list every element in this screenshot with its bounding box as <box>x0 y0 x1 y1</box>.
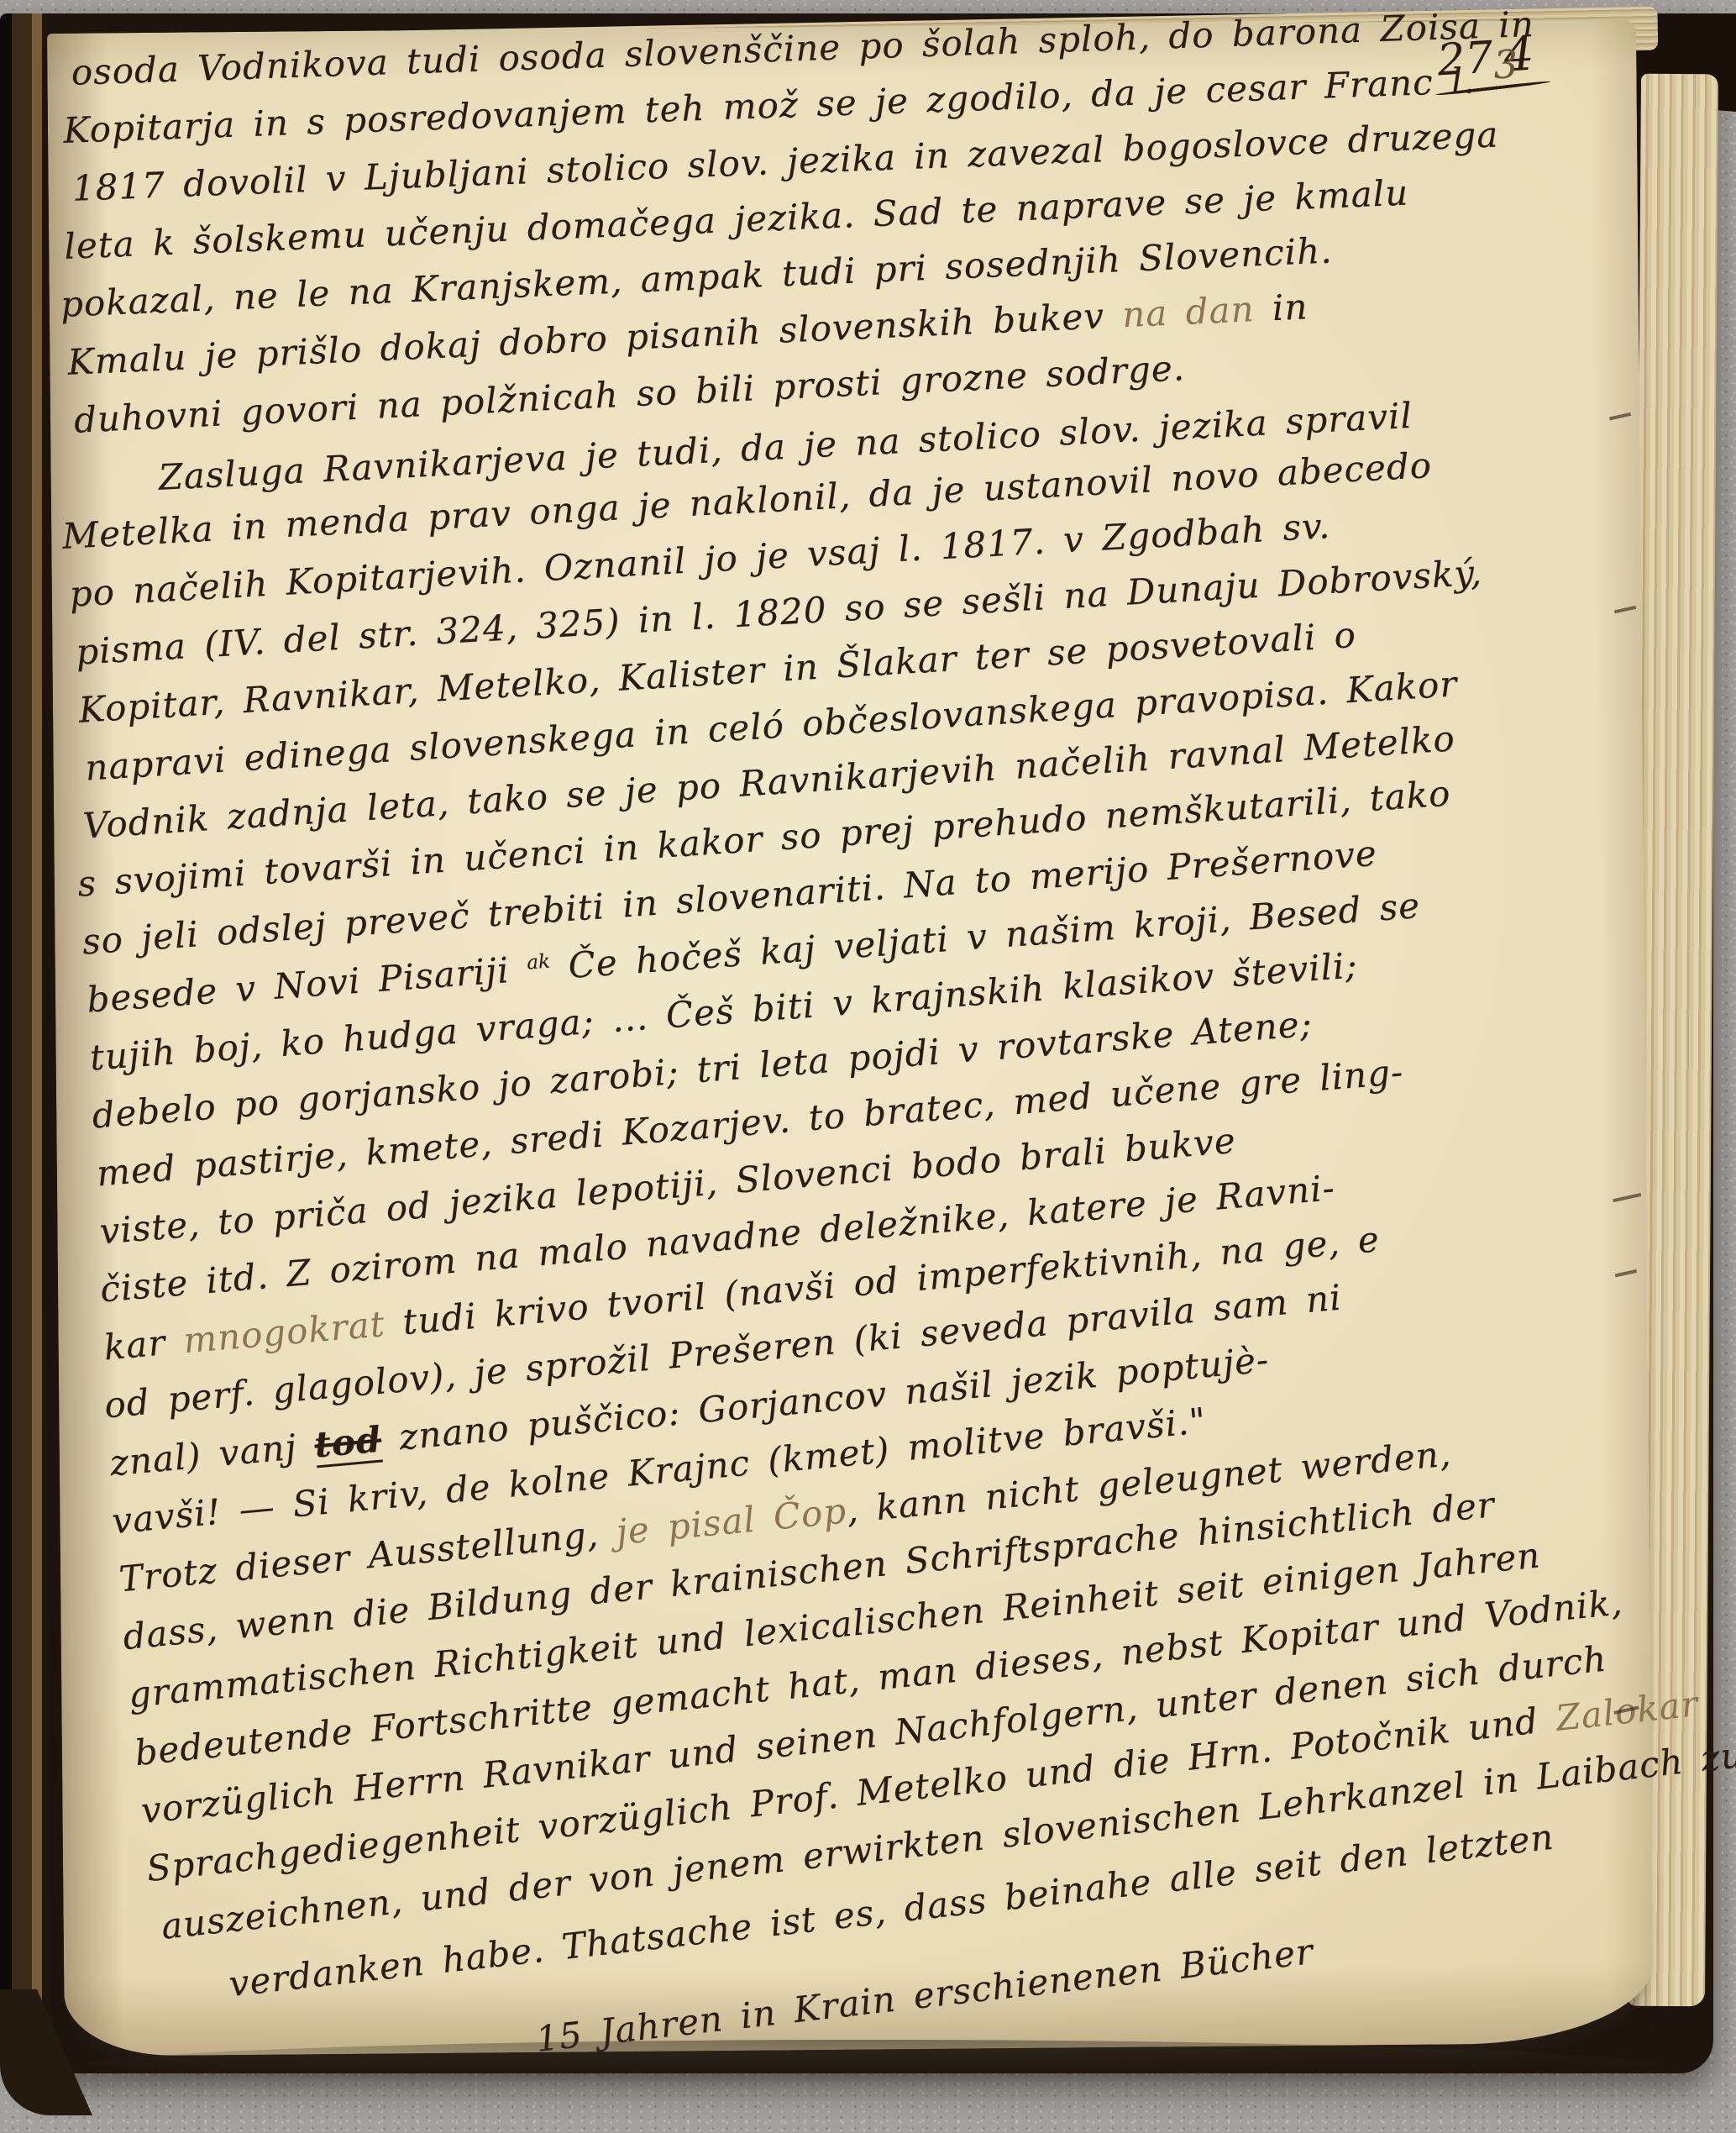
struck-out-word: tod <box>312 1419 383 1468</box>
light-ink-phrase: je pisal Čop <box>615 1490 849 1553</box>
manuscript-page: 2734 osoda Vodnikova tudi osoda slovenšč… <box>47 19 1654 2056</box>
superscript-insertion: ak <box>526 951 551 975</box>
light-ink-phrase: na dan <box>1121 288 1255 335</box>
page-edge-mark <box>1614 606 1636 614</box>
page-edge-mark <box>1615 1269 1637 1278</box>
photo-of-manuscript: { "document": { "description": "Photogra… <box>0 0 1736 2133</box>
page-edge-mark <box>1609 412 1631 421</box>
page-bottom-shadow <box>59 2040 1680 2100</box>
page-edge-mark <box>1613 1193 1641 1202</box>
light-ink-phrase: mnogokrat <box>181 1303 386 1361</box>
page-number-overwritten-digit: 3 <box>1492 41 1519 88</box>
